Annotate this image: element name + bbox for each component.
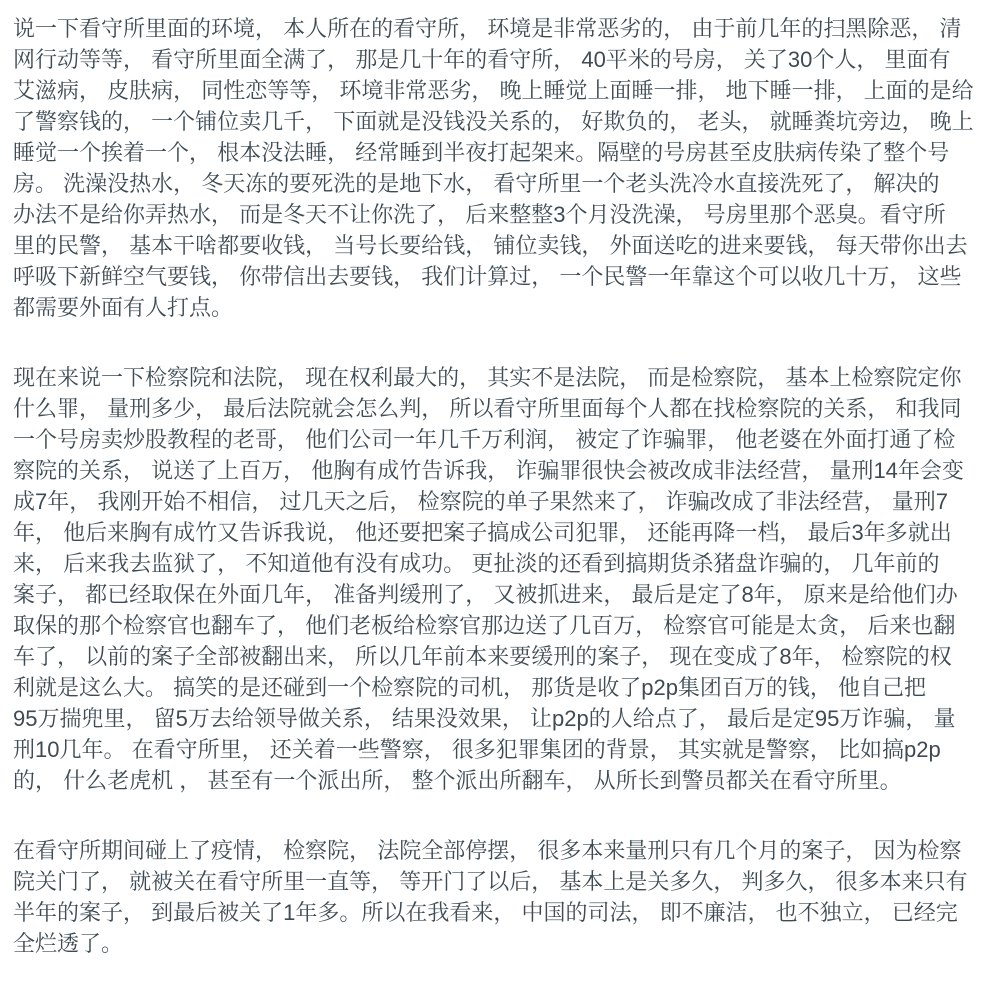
text-line: 什么罪， 量刑多少， 最后法院就会怎么判， 所以看守所里面每个人都在找检察院的关… [13, 393, 990, 424]
text-line: 全烂透了。 [13, 928, 990, 959]
text-line: 房。 洗澡没热水， 冬天冻的要死洗的是地下水， 看守所里一个老头洗冷水直接洗死了… [13, 168, 990, 199]
text-line: 艾滋病， 皮肤病， 同性恋等等， 环境非常恶劣， 晚上睡觉上面睡一排， 地下睡一… [13, 75, 990, 106]
article-text: 说一下看守所里面的环境， 本人所在的看守所， 环境是非常恶劣的， 由于前几年的扫… [0, 0, 1000, 959]
text-line: 了警察钱的， 一个铺位卖几千， 下面就是没钱没关系的， 好欺负的， 老头， 就睡… [13, 106, 990, 137]
text-line: 办法不是给你弄热水， 而是冬天不让你洗了， 后来整整3个月没洗澡， 号房里那个恶… [13, 199, 990, 230]
text-line: 刑10几年。 在看守所里， 还关着一些警察， 很多犯罪集团的背景， 其实就是警察… [13, 734, 990, 765]
text-line: 半年的案子， 到最后被关了1年多。所以在我看来， 中国的司法， 即不廉洁， 也不… [13, 897, 990, 928]
text-line: 呼吸下新鲜空气要钱， 你带信出去要钱， 我们计算过， 一个民警一年靠这个可以收几… [13, 261, 990, 292]
text-line: 察院的关系， 说送了上百万， 他胸有成竹告诉我， 诈骗罪很快会被改成非法经营， … [13, 455, 990, 486]
paragraph: 在看守所期间碰上了疫情， 检察院， 法院全部停摆， 很多本来量刑只有几个月的案子… [13, 835, 990, 959]
text-line: 说一下看守所里面的环境， 本人所在的看守所， 环境是非常恶劣的， 由于前几年的扫… [13, 13, 990, 44]
text-line: 睡觉一个挨着一个， 根本没法睡， 经常睡到半夜打起架来。隔壁的号房甚至皮肤病传染… [13, 137, 990, 168]
text-line: 在看守所期间碰上了疫情， 检察院， 法院全部停摆， 很多本来量刑只有几个月的案子… [13, 835, 990, 866]
paragraph: 说一下看守所里面的环境， 本人所在的看守所， 环境是非常恶劣的， 由于前几年的扫… [13, 13, 990, 323]
text-line: 取保的那个检察官也翻车了， 他们老板给检察官那边送了几百万， 检察官可能是太贪，… [13, 610, 990, 641]
text-line: 院关门了， 就被关在看守所里一直等， 等开门了以后， 基本上是关多久， 判多久，… [13, 866, 990, 897]
text-line: 车了， 以前的案子全部被翻出来， 所以几年前本来要缓刑的案子， 现在变成了8年，… [13, 641, 990, 672]
document-page: 说一下看守所里面的环境， 本人所在的看守所， 环境是非常恶劣的， 由于前几年的扫… [0, 0, 1000, 992]
paragraph: 现在来说一下检察院和法院， 现在权利最大的， 其实不是法院， 而是检察院， 基本… [13, 362, 990, 796]
text-line: 案子， 都已经取保在外面几年， 准备判缓刑了， 又被抓进来， 最后是定了8年， … [13, 579, 990, 610]
text-line: 都需要外面有人打点。 [13, 292, 990, 323]
text-line: 现在来说一下检察院和法院， 现在权利最大的， 其实不是法院， 而是检察院， 基本… [13, 362, 990, 393]
text-line: 利就是这么大。 搞笑的是还碰到一个检察院的司机， 那货是收了p2p集团百万的钱，… [13, 672, 990, 703]
text-line: 成7年， 我刚开始不相信， 过几天之后， 检察院的单子果然来了， 诈骗改成了非法… [13, 486, 990, 517]
text-line: 一个号房卖炒股教程的老哥， 他们公司一年几千万利润， 被定了诈骗罪， 他老婆在外… [13, 424, 990, 455]
text-line: 来， 后来我去监狱了， 不知道他有没有成功。 更扯淡的还看到搞期货杀猪盘诈骗的，… [13, 548, 990, 579]
text-line: 里的民警， 基本干啥都要收钱， 当号长要给钱， 铺位卖钱， 外面送吃的进来要钱，… [13, 230, 990, 261]
text-line: 年， 他后来胸有成竹又告诉我说， 他还要把案子搞成公司犯罪， 还能再降一档， 最… [13, 517, 990, 548]
text-line: 95万揣兜里， 留5万去给领导做关系， 结果没效果， 让p2p的人给点了， 最后… [13, 703, 990, 734]
text-line: 的， 什么老虎机 ， 甚至有一个派出所， 整个派出所翻车， 从所长到警员都关在看… [13, 765, 990, 796]
text-line: 网行动等等， 看守所里面全满了， 那是几十年的看守所， 40平米的号房， 关了3… [13, 44, 990, 75]
